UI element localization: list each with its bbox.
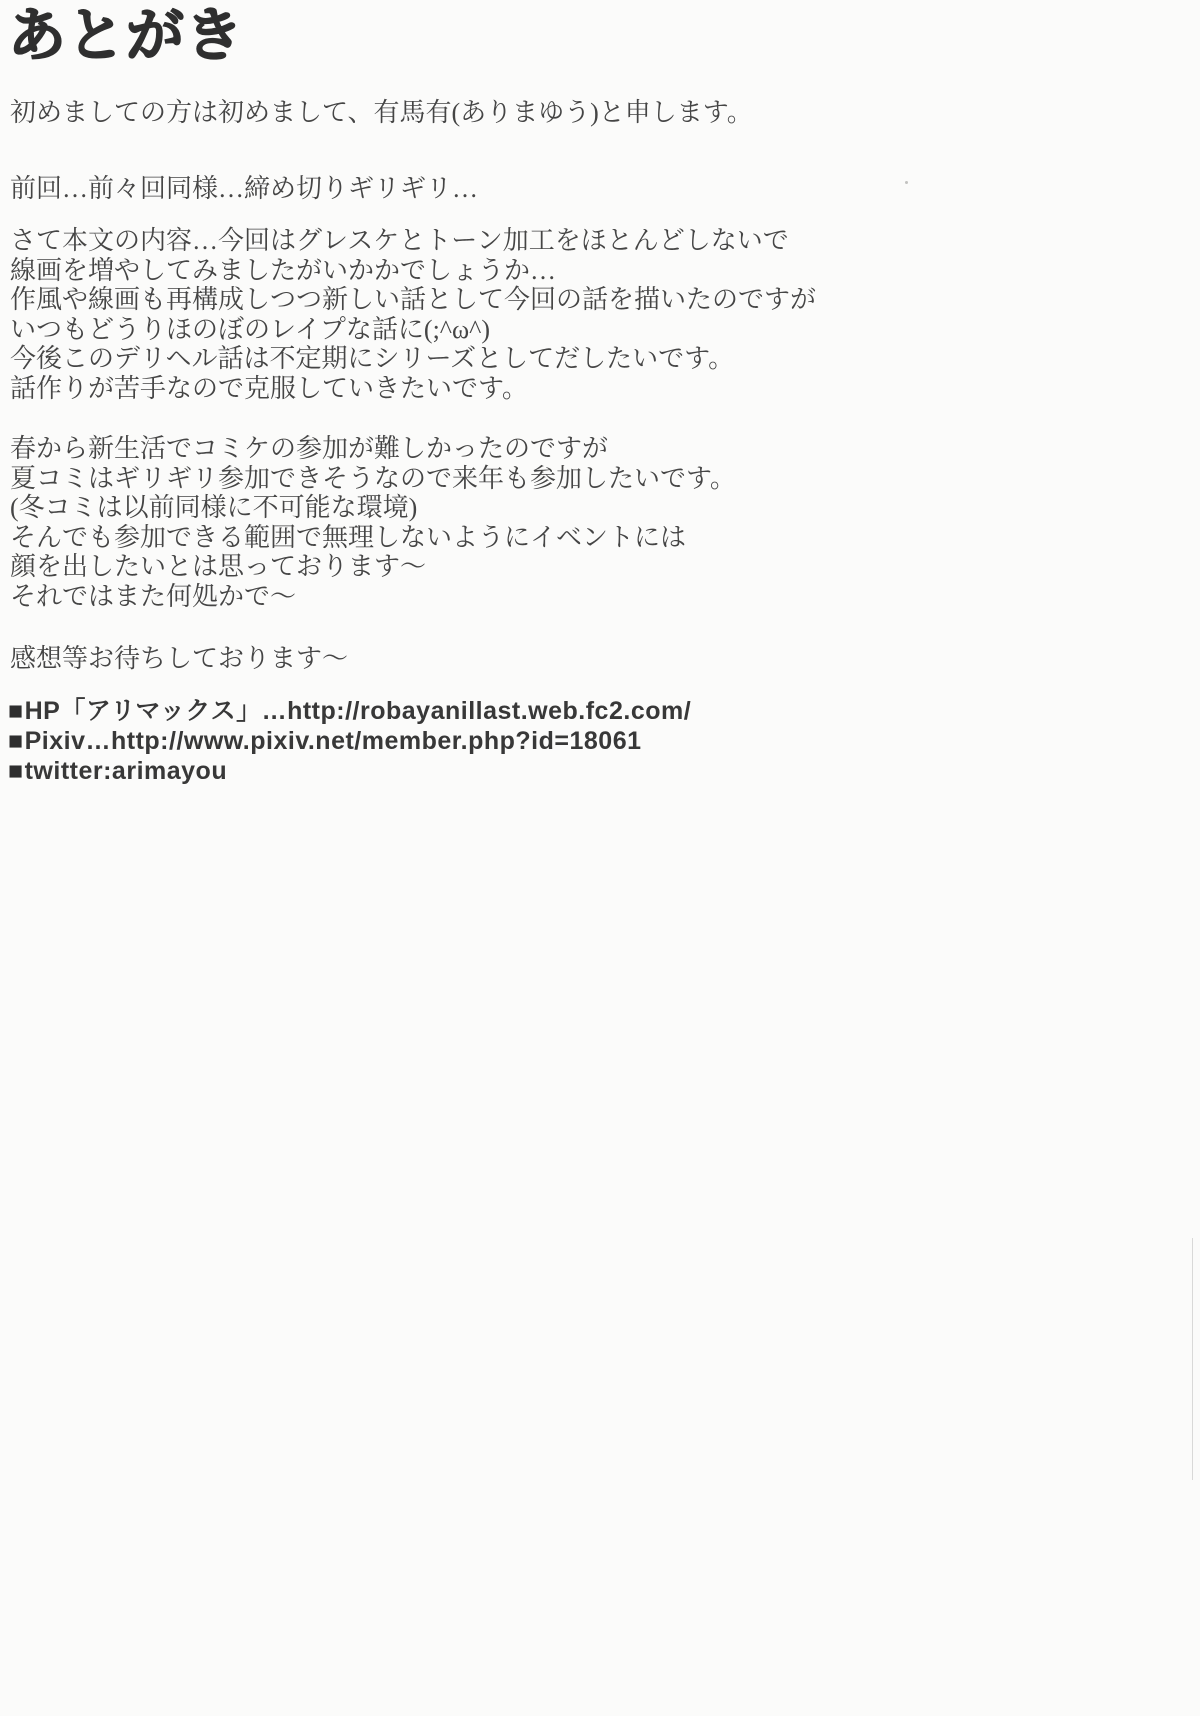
event-paragraph-line: (冬コミは以前同様に不可能な環境) xyxy=(10,493,736,523)
event-paragraph-line: 顔を出したいとは思っております〜 xyxy=(10,552,736,582)
contact-link-label: Pixiv…http://www.pixiv.net/member.php?id… xyxy=(25,726,642,756)
body-paragraph-line: さて本文の内容…今回はグレスケとトーン加工をほとんどしないで xyxy=(10,226,816,256)
greeting-line: 初めましての方は初めまして、有馬有(ありまゆう)と申します。 xyxy=(10,92,753,129)
event-paragraph: 春から新生活でコミケの参加が難しかったのですが 夏コミはギリギリ参加できそうなの… xyxy=(10,434,736,611)
contact-links-list: ■ HP「アリマックス」…http://robayanillast.web.fc… xyxy=(8,696,691,786)
square-bullet-icon: ■ xyxy=(8,696,24,726)
contact-link-label: HP「アリマックス」…http://robayanillast.web.fc2.… xyxy=(25,696,692,726)
body-paragraph-line: 話作りが苦手なので克服していきたいです。 xyxy=(10,374,816,404)
contact-link-label: twitter:arimayou xyxy=(25,756,227,786)
page-title: あとがき xyxy=(8,0,244,76)
contact-link-pixiv: ■ Pixiv…http://www.pixiv.net/member.php?… xyxy=(8,726,691,756)
body-paragraph-line: 線画を増やしてみましたがいかかでしょうか… xyxy=(10,256,816,286)
body-paragraph-line: いつもどうりほのぼのレイプな話に(;^ω^) xyxy=(10,315,816,345)
contact-link-homepage: ■ HP「アリマックス」…http://robayanillast.web.fc… xyxy=(8,696,691,726)
event-paragraph-line: 夏コミはギリギリ参加できそうなので来年も参加したいです。 xyxy=(10,464,736,494)
event-paragraph-line: それではまた何処かで〜 xyxy=(10,582,736,612)
deadline-note: 前回…前々回同様…締め切りギリギリ… xyxy=(10,168,478,205)
scan-line-artifact xyxy=(1192,1238,1193,1480)
afterword-page: あとがき 初めましての方は初めまして、有馬有(ありまゆう)と申します。 前回…前… xyxy=(0,0,1200,1716)
square-bullet-icon: ■ xyxy=(8,726,24,756)
event-paragraph-line: そんでも参加できる範囲で無理しないようにイベントには xyxy=(10,523,736,553)
body-paragraph-line: 今後このデリヘル話は不定期にシリーズとしてだしたいです。 xyxy=(10,344,816,374)
body-paragraph: さて本文の内容…今回はグレスケとトーン加工をほとんどしないで 線画を増やしてみま… xyxy=(10,226,816,403)
body-paragraph-line: 作風や線画も再構成しつつ新しい話として今回の話を描いたのですが xyxy=(10,285,816,315)
feedback-note: 感想等お待ちしております〜 xyxy=(10,638,348,675)
event-paragraph-line: 春から新生活でコミケの参加が難しかったのですが xyxy=(10,434,736,464)
scan-speck-artifact xyxy=(905,181,908,184)
contact-link-twitter: ■ twitter:arimayou xyxy=(8,756,691,786)
square-bullet-icon: ■ xyxy=(8,756,24,786)
